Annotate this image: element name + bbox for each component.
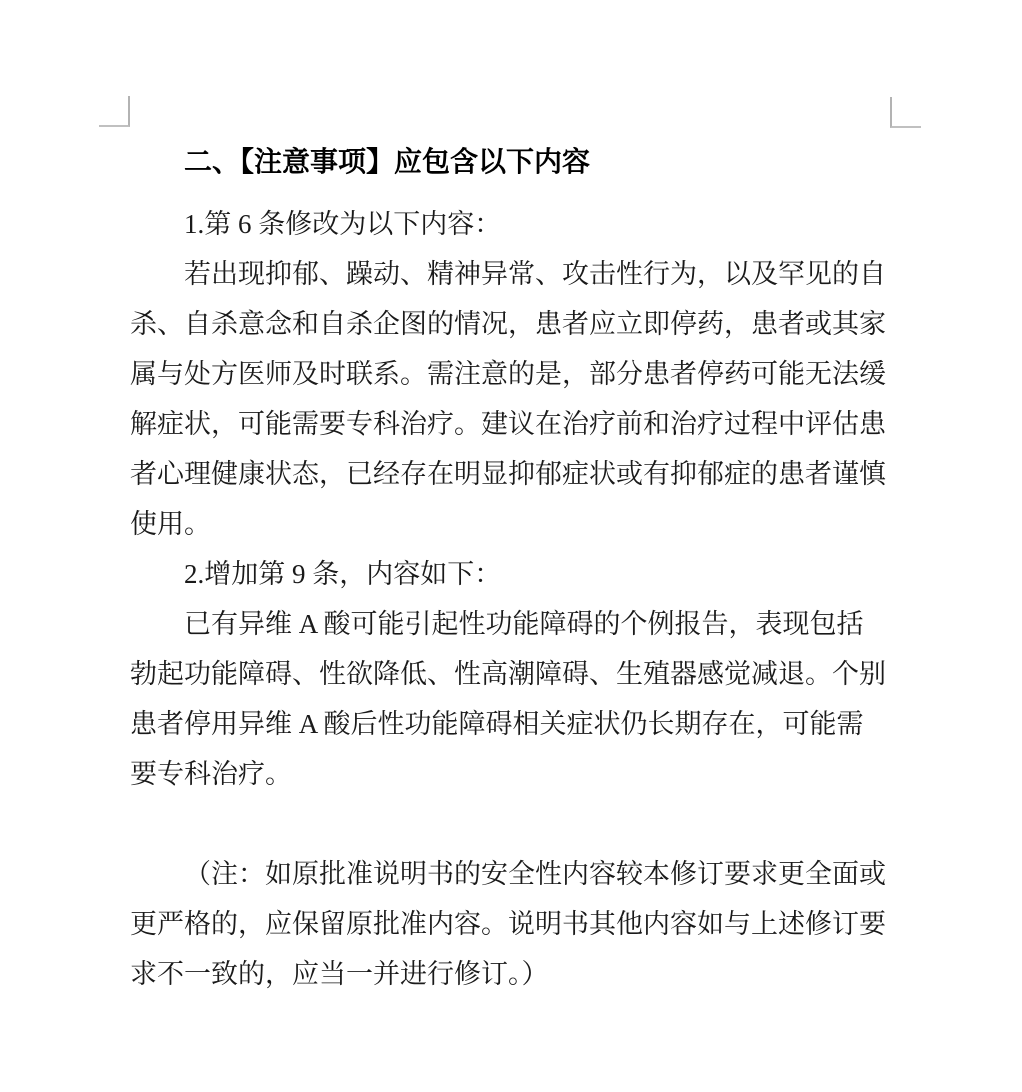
document-body: 二、【注意事项】应包含以下内容 1.第 6 条修改为以下内容： 若出现抑郁、躁动… [130,137,896,999]
margin-crop-mark-top-left [99,96,130,127]
section-heading: 二、【注意事项】应包含以下内容 [130,137,896,199]
paragraph-line: 1.第 6 条修改为以下内容： [130,199,896,249]
paragraph-line: 者心理健康状态，已经存在明显抑郁症状或有抑郁症的患者谨慎 [130,449,896,499]
paragraph-line: 属与处方医师及时联系。需注意的是，部分患者停药可能无法缓 [130,349,896,399]
blank-line [130,799,896,849]
paragraph-line: 勃起功能障碍、性欲降低、性高潮障碍、生殖器感觉减退。个别 [130,649,896,699]
note-line: 更严格的，应保留原批准内容。说明书其他内容如与上述修订要 [130,899,896,949]
paragraph-line: 使用。 [130,499,896,549]
paragraph-line: 患者停用异维 A 酸后性功能障碍相关症状仍长期存在，可能需 [130,699,896,749]
note-line: 求不一致的，应当一并进行修订。） [130,949,896,999]
paragraph-line: 杀、自杀意念和自杀企图的情况，患者应立即停药，患者或其家 [130,299,896,349]
document-page: 二、【注意事项】应包含以下内容 1.第 6 条修改为以下内容： 若出现抑郁、躁动… [0,0,1022,1092]
paragraph-line: 已有异维 A 酸可能引起性功能障碍的个例报告，表现包括 [130,599,896,649]
note-line: （注：如原批准说明书的安全性内容较本修订要求更全面或 [130,849,896,899]
paragraph-line: 若出现抑郁、躁动、精神异常、攻击性行为，以及罕见的自 [130,249,896,299]
margin-crop-mark-top-right [890,97,921,128]
paragraph-line: 要专科治疗。 [130,749,896,799]
paragraph-line: 解症状，可能需要专科治疗。建议在治疗前和治疗过程中评估患 [130,399,896,449]
paragraph-line: 2.增加第 9 条，内容如下： [130,549,896,599]
